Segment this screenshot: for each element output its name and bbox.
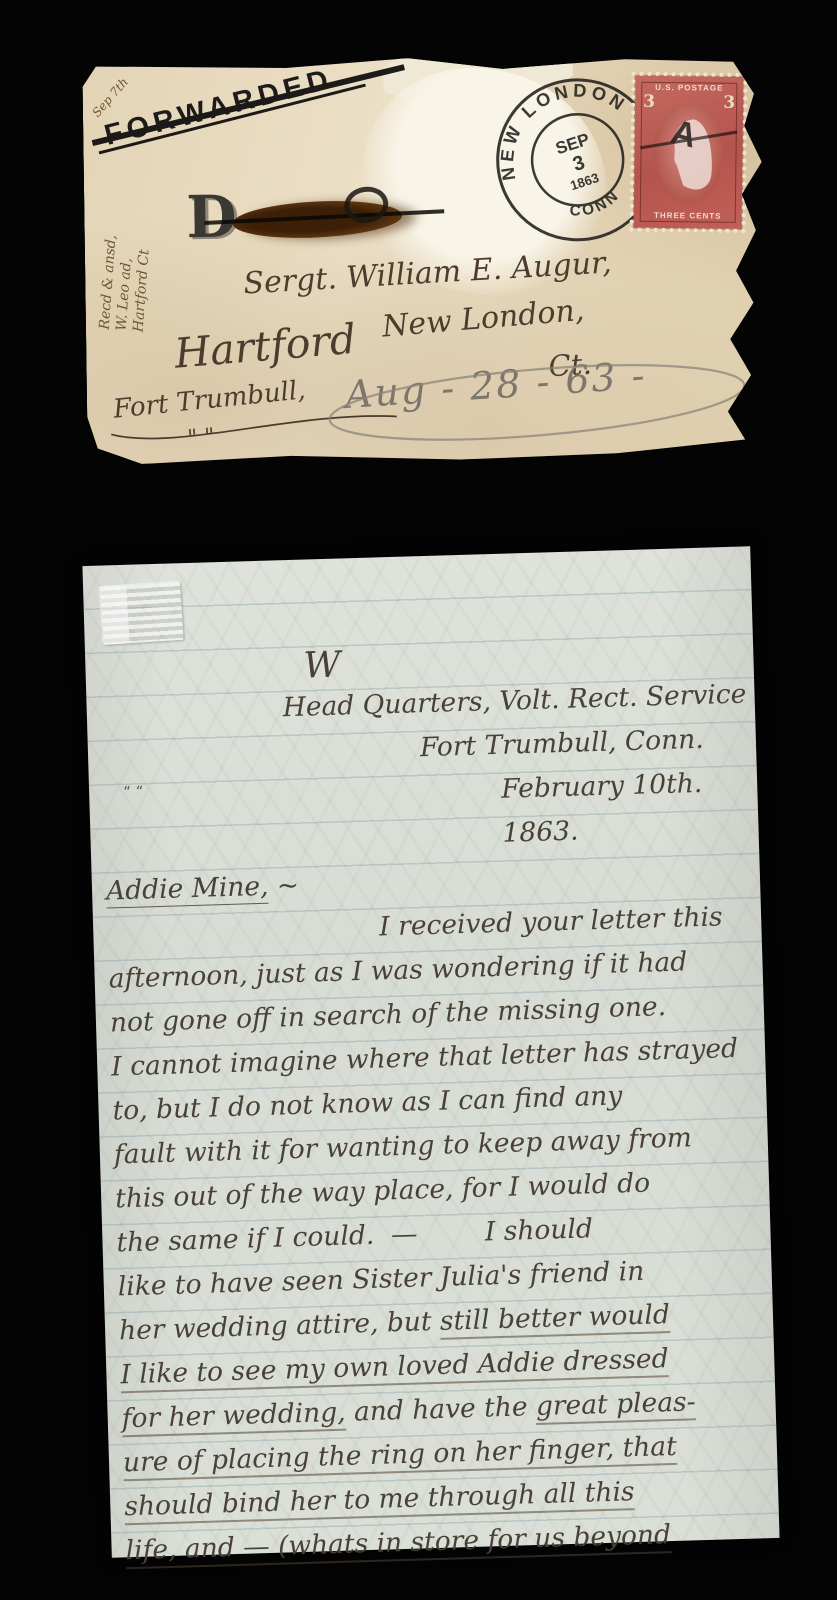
due-letter-mark: D xyxy=(186,183,237,252)
photo-backdrop: FORWARDED D Recd & ansd, W. Leo ad, Hart… xyxy=(0,0,837,1600)
letter-heading-line: February 10th. 1863. xyxy=(501,760,752,855)
ditto-marks: " " xyxy=(186,424,215,451)
letter-line-part: I received your letter this xyxy=(379,901,723,942)
pencil-flourish xyxy=(318,349,759,455)
postage-stamp: U.S. POSTAGE 3 3 A THREE CENTS xyxy=(634,76,744,229)
letter-line-part: and have the xyxy=(345,1391,536,1428)
letter-line-part: the same if I could. — I should xyxy=(116,1213,593,1258)
heading-flourish: W xyxy=(303,645,341,687)
letter-line-part: for her wedding, xyxy=(121,1397,346,1438)
letter-line-part: her wedding attire, but xyxy=(119,1306,441,1347)
letter-line-part: still better would xyxy=(439,1299,670,1340)
salutation-text: Addie Mine, xyxy=(106,871,269,909)
postmark-day: 3 xyxy=(570,152,587,176)
letter-sheet: W “ “ Head Quarters, Volt. Rect. Service… xyxy=(82,546,779,1557)
embossed-flag-letterhead xyxy=(100,582,184,645)
letter-line-part: great pleas- xyxy=(535,1386,696,1425)
envelope: FORWARDED D Recd & ansd, W. Leo ad, Hart… xyxy=(82,53,766,464)
stamp-denomination-text: THREE CENTS xyxy=(634,211,742,221)
letter-line-part: to, but I do not know as I can find any xyxy=(112,1080,623,1126)
letter-line-part: life, and — (whats in store for us beyon… xyxy=(125,1519,671,1569)
letter-lines: I received your letter thisafternoon, ju… xyxy=(107,894,772,1573)
stamp-value: 3 xyxy=(723,93,735,113)
docket-date: Sep 7th xyxy=(89,75,131,120)
postmark-year: 1863 xyxy=(568,170,600,193)
salutation-tail: ~ xyxy=(268,870,300,902)
address-city: New London, xyxy=(381,293,586,345)
docket-note: Recd & ansd, W. Leo ad, Hartford Ct xyxy=(97,115,164,333)
letter-body: Head Quarters, Volt. Rect. Service Fort … xyxy=(100,672,772,1573)
